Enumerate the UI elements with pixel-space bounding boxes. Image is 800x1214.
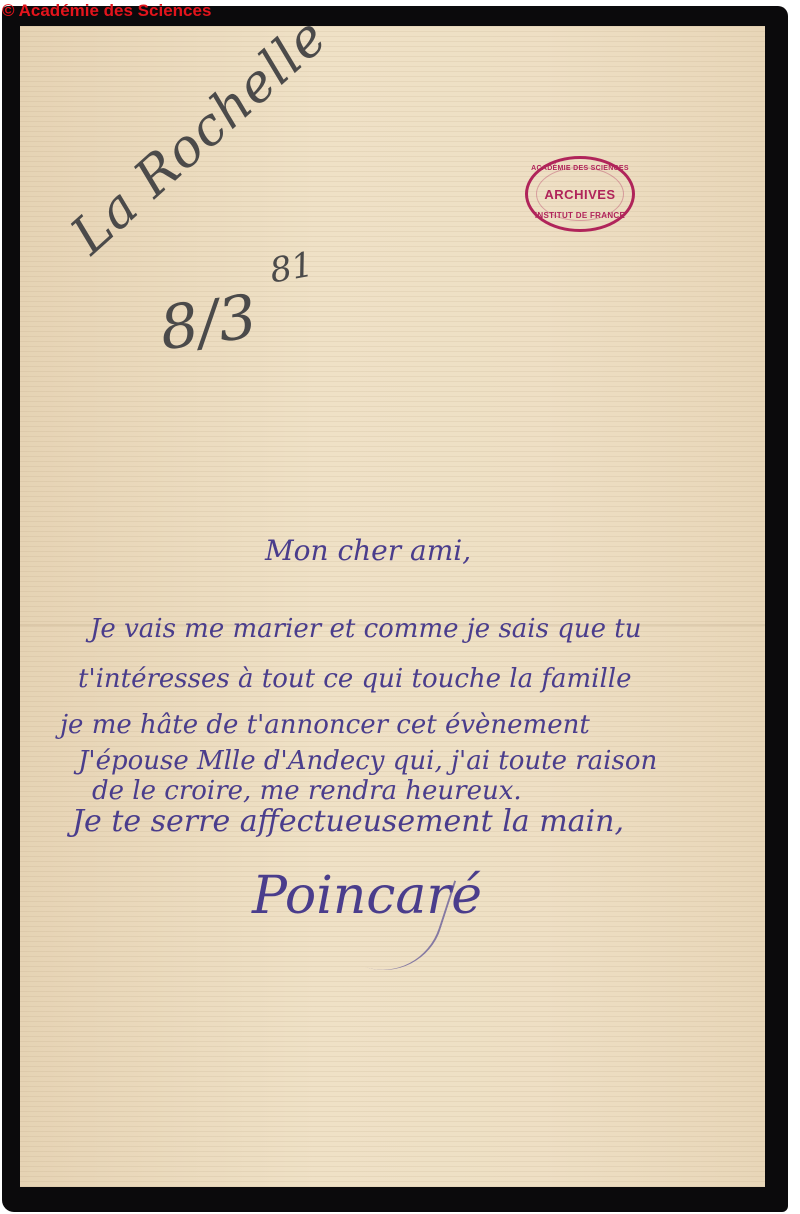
archives-stamp: ACADÉMIE DES SCIENCES ARCHIVES INSTITUT … [525, 156, 635, 232]
date-annotation: 8/3 [156, 282, 261, 365]
body-line: de le croire, me rendra heureux. [92, 776, 522, 806]
stamp-bottom-text: INSTITUT DE FRANCE [528, 211, 632, 220]
stamp-top-text: ACADÉMIE DES SCIENCES [528, 165, 632, 172]
body-line: t'intéresses à tout ce qui touche la fam… [78, 664, 632, 694]
stamp-center-text: ARCHIVES [528, 187, 632, 202]
copyright-watermark: © Académie des Sciences [0, 0, 213, 22]
date-year-annotation: 81 [267, 245, 317, 292]
salutation: Mon cher ami, [265, 534, 471, 567]
body-line: Je te serre affectueusement la main, [72, 804, 624, 839]
body-line: je me hâte de t'annoncer cet évènement [60, 710, 590, 740]
letter-paper: La Rochelle 8/3 81 ACADÉMIE DES SCIENCES… [20, 26, 765, 1187]
body-line: Je vais me marier et comme je sais que t… [90, 614, 641, 644]
body-line: J'épouse Mlle d'Andecy qui, j'ai toute r… [78, 746, 657, 776]
place-annotation: La Rochelle [60, 7, 339, 266]
